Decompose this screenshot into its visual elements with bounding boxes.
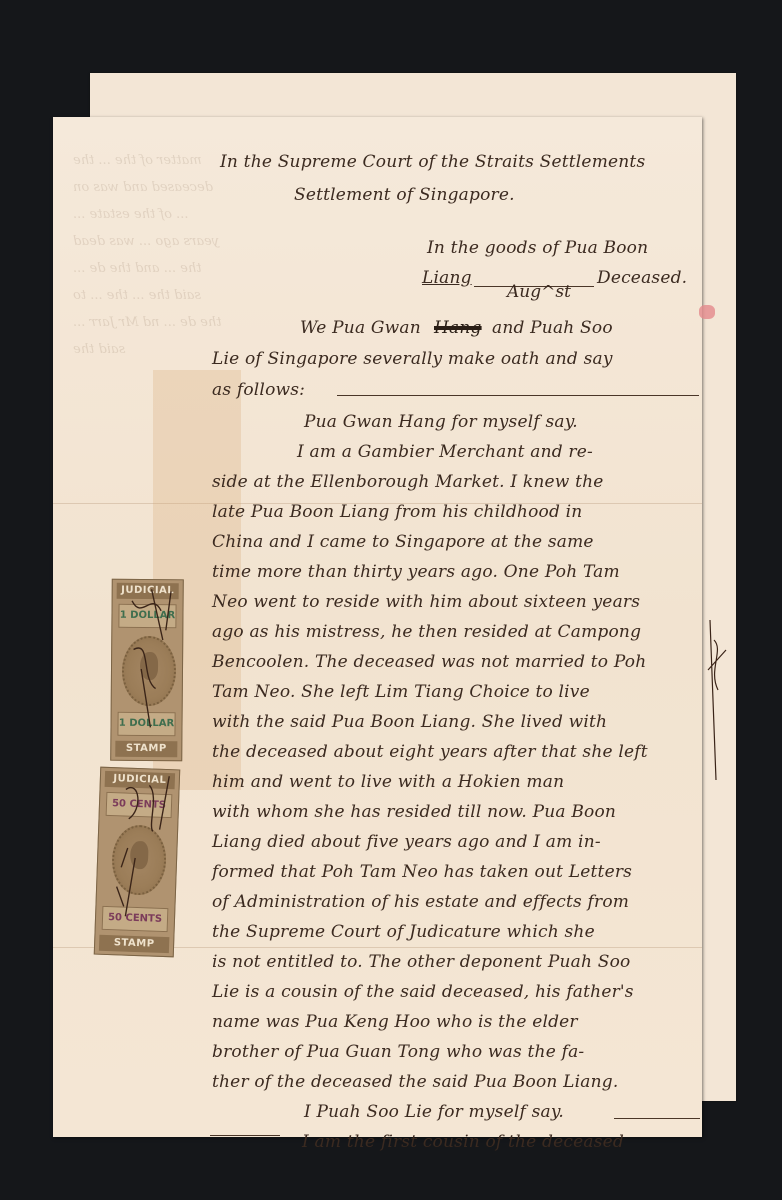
body-line: We Pua Gwan bbox=[300, 318, 421, 338]
goods-heading-line-1: In the goods of Pua Boon bbox=[427, 238, 648, 258]
court-heading-line-2: Settlement of Singapore. bbox=[294, 185, 515, 205]
body-line: as follows: bbox=[212, 380, 305, 400]
body-line: brother of Pua Guan Tong who was the fa- bbox=[212, 1042, 584, 1062]
body-line: China and I came to Singapore at the sam… bbox=[212, 532, 594, 552]
body-line: side at the Ellenborough Market. I knew … bbox=[212, 472, 604, 492]
body-line: ther of the deceased the said Pua Boon L… bbox=[212, 1072, 618, 1092]
body-line: the deceased about eight years after tha… bbox=[212, 742, 648, 762]
cancellation-signature-icon bbox=[111, 580, 183, 761]
body-line: ago as his mistress, he then resided at … bbox=[212, 622, 641, 642]
body-line: Bencoolen. The deceased was not married … bbox=[212, 652, 646, 672]
body-line: the Supreme Court of Judicature which sh… bbox=[212, 922, 595, 942]
body-line: Tam Neo. She left Lim Tiang Choice to li… bbox=[212, 682, 590, 702]
goods-heading-deceased: Deceased. bbox=[597, 268, 687, 288]
body-line: with whom she has resided till now. Pua … bbox=[212, 802, 616, 822]
court-heading-line-1: In the Supreme Court of the Straits Sett… bbox=[220, 152, 645, 172]
body-line: of Administration of his estate and effe… bbox=[212, 892, 629, 912]
cancellation-signature-icon bbox=[95, 768, 179, 957]
body-line: is not entitled to. The other deponent P… bbox=[212, 952, 630, 972]
rule-line bbox=[614, 1118, 700, 1119]
body-line: time more than thirty years ago. One Poh… bbox=[212, 562, 620, 582]
body-line: him and went to live with a Hokien man bbox=[212, 772, 564, 792]
margin-signature-icon bbox=[704, 610, 730, 790]
rule-line bbox=[337, 395, 699, 396]
judicial-stamp-50-cents: JUDICIAL 50 CENTS 50 CENTS STAMP bbox=[94, 767, 181, 958]
judicial-stamp-1-dollar: JUDICIAL 1 DOLLAR 1 DOLLAR STAMP bbox=[110, 579, 184, 762]
body-line: with the said Pua Boon Liang. She lived … bbox=[212, 712, 607, 732]
body-line: Liang died about five years ago and I am… bbox=[212, 832, 601, 852]
body-line: Lie is a cousin of the said deceased, hi… bbox=[212, 982, 634, 1002]
body-line: late Pua Boon Liang from his childhood i… bbox=[212, 502, 582, 522]
body-line: I am the first cousin of the deceased bbox=[302, 1132, 624, 1152]
body-line: I am a Gambier Merchant and re- bbox=[297, 442, 593, 462]
body-line: I Puah Soo Lie for myself say. bbox=[304, 1102, 564, 1122]
body-line: Pua Gwan Hang for myself say. bbox=[304, 412, 578, 432]
correction-note: Aug^st bbox=[507, 282, 571, 302]
body-line: Neo went to reside with him about sixtee… bbox=[212, 592, 640, 612]
goods-heading-name: Liang bbox=[422, 268, 472, 288]
body-line: name was Pua Keng Hoo who is the elder bbox=[212, 1012, 578, 1032]
rule-line bbox=[210, 1135, 280, 1136]
struck-out-word: Hang bbox=[434, 318, 482, 338]
body-line: formed that Poh Tam Neo has taken out Le… bbox=[212, 862, 632, 882]
body-line: and Puah Soo bbox=[492, 318, 613, 338]
body-line: Lie of Singapore severally make oath and… bbox=[212, 349, 613, 369]
red-wax-mark bbox=[699, 305, 715, 319]
